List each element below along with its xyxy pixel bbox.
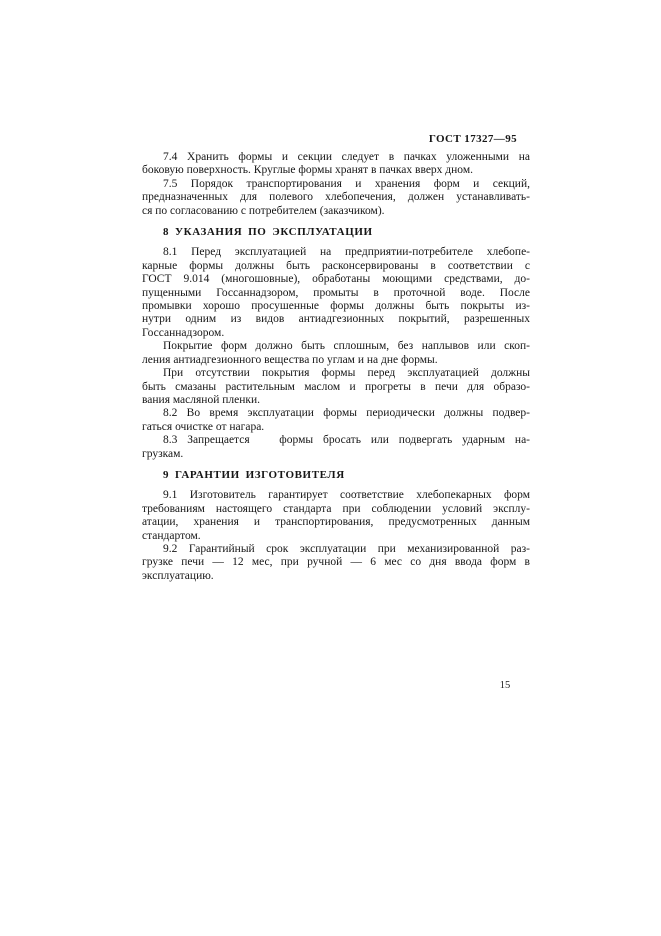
text-line: 8.1 Перед эксплуатацией на предприятии-п… — [142, 246, 530, 259]
document-page: ГОСТ 17327—95 7.4 Хранить формы и секции… — [0, 0, 661, 936]
text-line: требованиям настоящего стандарта при соб… — [142, 503, 530, 516]
text-line: вания масляной пленки. — [142, 394, 530, 407]
text-line: Госсаннадзором. — [142, 327, 530, 340]
text-line: грузкам. — [142, 448, 530, 461]
text-line: Покрытие форм должно быть сплошным, без … — [142, 340, 530, 353]
document-body: 7.4 Хранить формы и секции следует в пач… — [142, 151, 530, 583]
section-heading-8: 8 УКАЗАНИЯ ПО ЭКСПЛУАТАЦИИ — [142, 226, 530, 239]
text-line: пущенными Госсаннадзором, промыты в прот… — [142, 287, 530, 300]
paragraph-7-4: 7.4 Хранить формы и секции следует в пач… — [142, 151, 530, 178]
text-line: 7.4 Хранить формы и секции следует в пач… — [142, 151, 530, 164]
text-line: предназначенных для полевого хлебопечени… — [142, 191, 530, 204]
paragraph-coating: Покрытие форм должно быть сплошным, без … — [142, 340, 530, 367]
text-line: стандартом. — [142, 530, 530, 543]
text-line: ления антиадгезионного вещества по углам… — [142, 354, 530, 367]
paragraph-8-2: 8.2 Во время эксплуатации формы периодич… — [142, 407, 530, 434]
paragraph-9-2: 9.2 Гарантийный срок эксплуатации при ме… — [142, 543, 530, 583]
section-heading-9: 9 ГАРАНТИИ ИЗГОТОВИТЕЛЯ — [142, 469, 530, 482]
text-line: 9.2 Гарантийный срок эксплуатации при ме… — [142, 543, 530, 556]
text-line: боковую поверхность. Круглые формы храня… — [142, 164, 530, 177]
text-line: ся по согласованию с потребителем (заказ… — [142, 205, 530, 218]
text-line: При отсутствии покрытия формы перед эксп… — [142, 367, 530, 380]
paragraph-7-5: 7.5 Порядок транспортирования и хранения… — [142, 178, 530, 218]
text-line: атации, хранения и транспортирования, пр… — [142, 516, 530, 529]
text-line: грузке печи — 12 мес, при ручной — 6 мес… — [142, 556, 530, 569]
text-line: нутри одним из видов антиадгезионных пок… — [142, 313, 530, 326]
text-line: быть смазаны растительным маслом и прогр… — [142, 381, 530, 394]
page-number: 15 — [475, 680, 535, 691]
text-line: промывки хорошо просушенные формы должны… — [142, 300, 530, 313]
text-line: карные формы должны быть расконсервирова… — [142, 260, 530, 273]
text-line: 8.2 Во время эксплуатации формы периодич… — [142, 407, 530, 420]
paragraph-9-1: 9.1 Изготовитель гарантирует соответстви… — [142, 489, 530, 543]
text-line: эксплуатацию. — [142, 570, 530, 583]
running-header-standard-number: ГОСТ 17327—95 — [142, 133, 530, 145]
text-line: 7.5 Порядок транспортирования и хранения… — [142, 178, 530, 191]
text-line: 8.3 Запрещается формы бросать или подвер… — [142, 434, 530, 447]
paragraph-8-1: 8.1 Перед эксплуатацией на предприятии-п… — [142, 246, 530, 340]
text-line: ГОСТ 9.014 (многошовные), обработаны мою… — [142, 273, 530, 286]
paragraph-8-3: 8.3 Запрещается формы бросать или подвер… — [142, 434, 530, 461]
text-line: 9.1 Изготовитель гарантирует соответстви… — [142, 489, 530, 502]
paragraph-no-coating: При отсутствии покрытия формы перед эксп… — [142, 367, 530, 407]
text-line: гаться очистке от нагара. — [142, 421, 530, 434]
